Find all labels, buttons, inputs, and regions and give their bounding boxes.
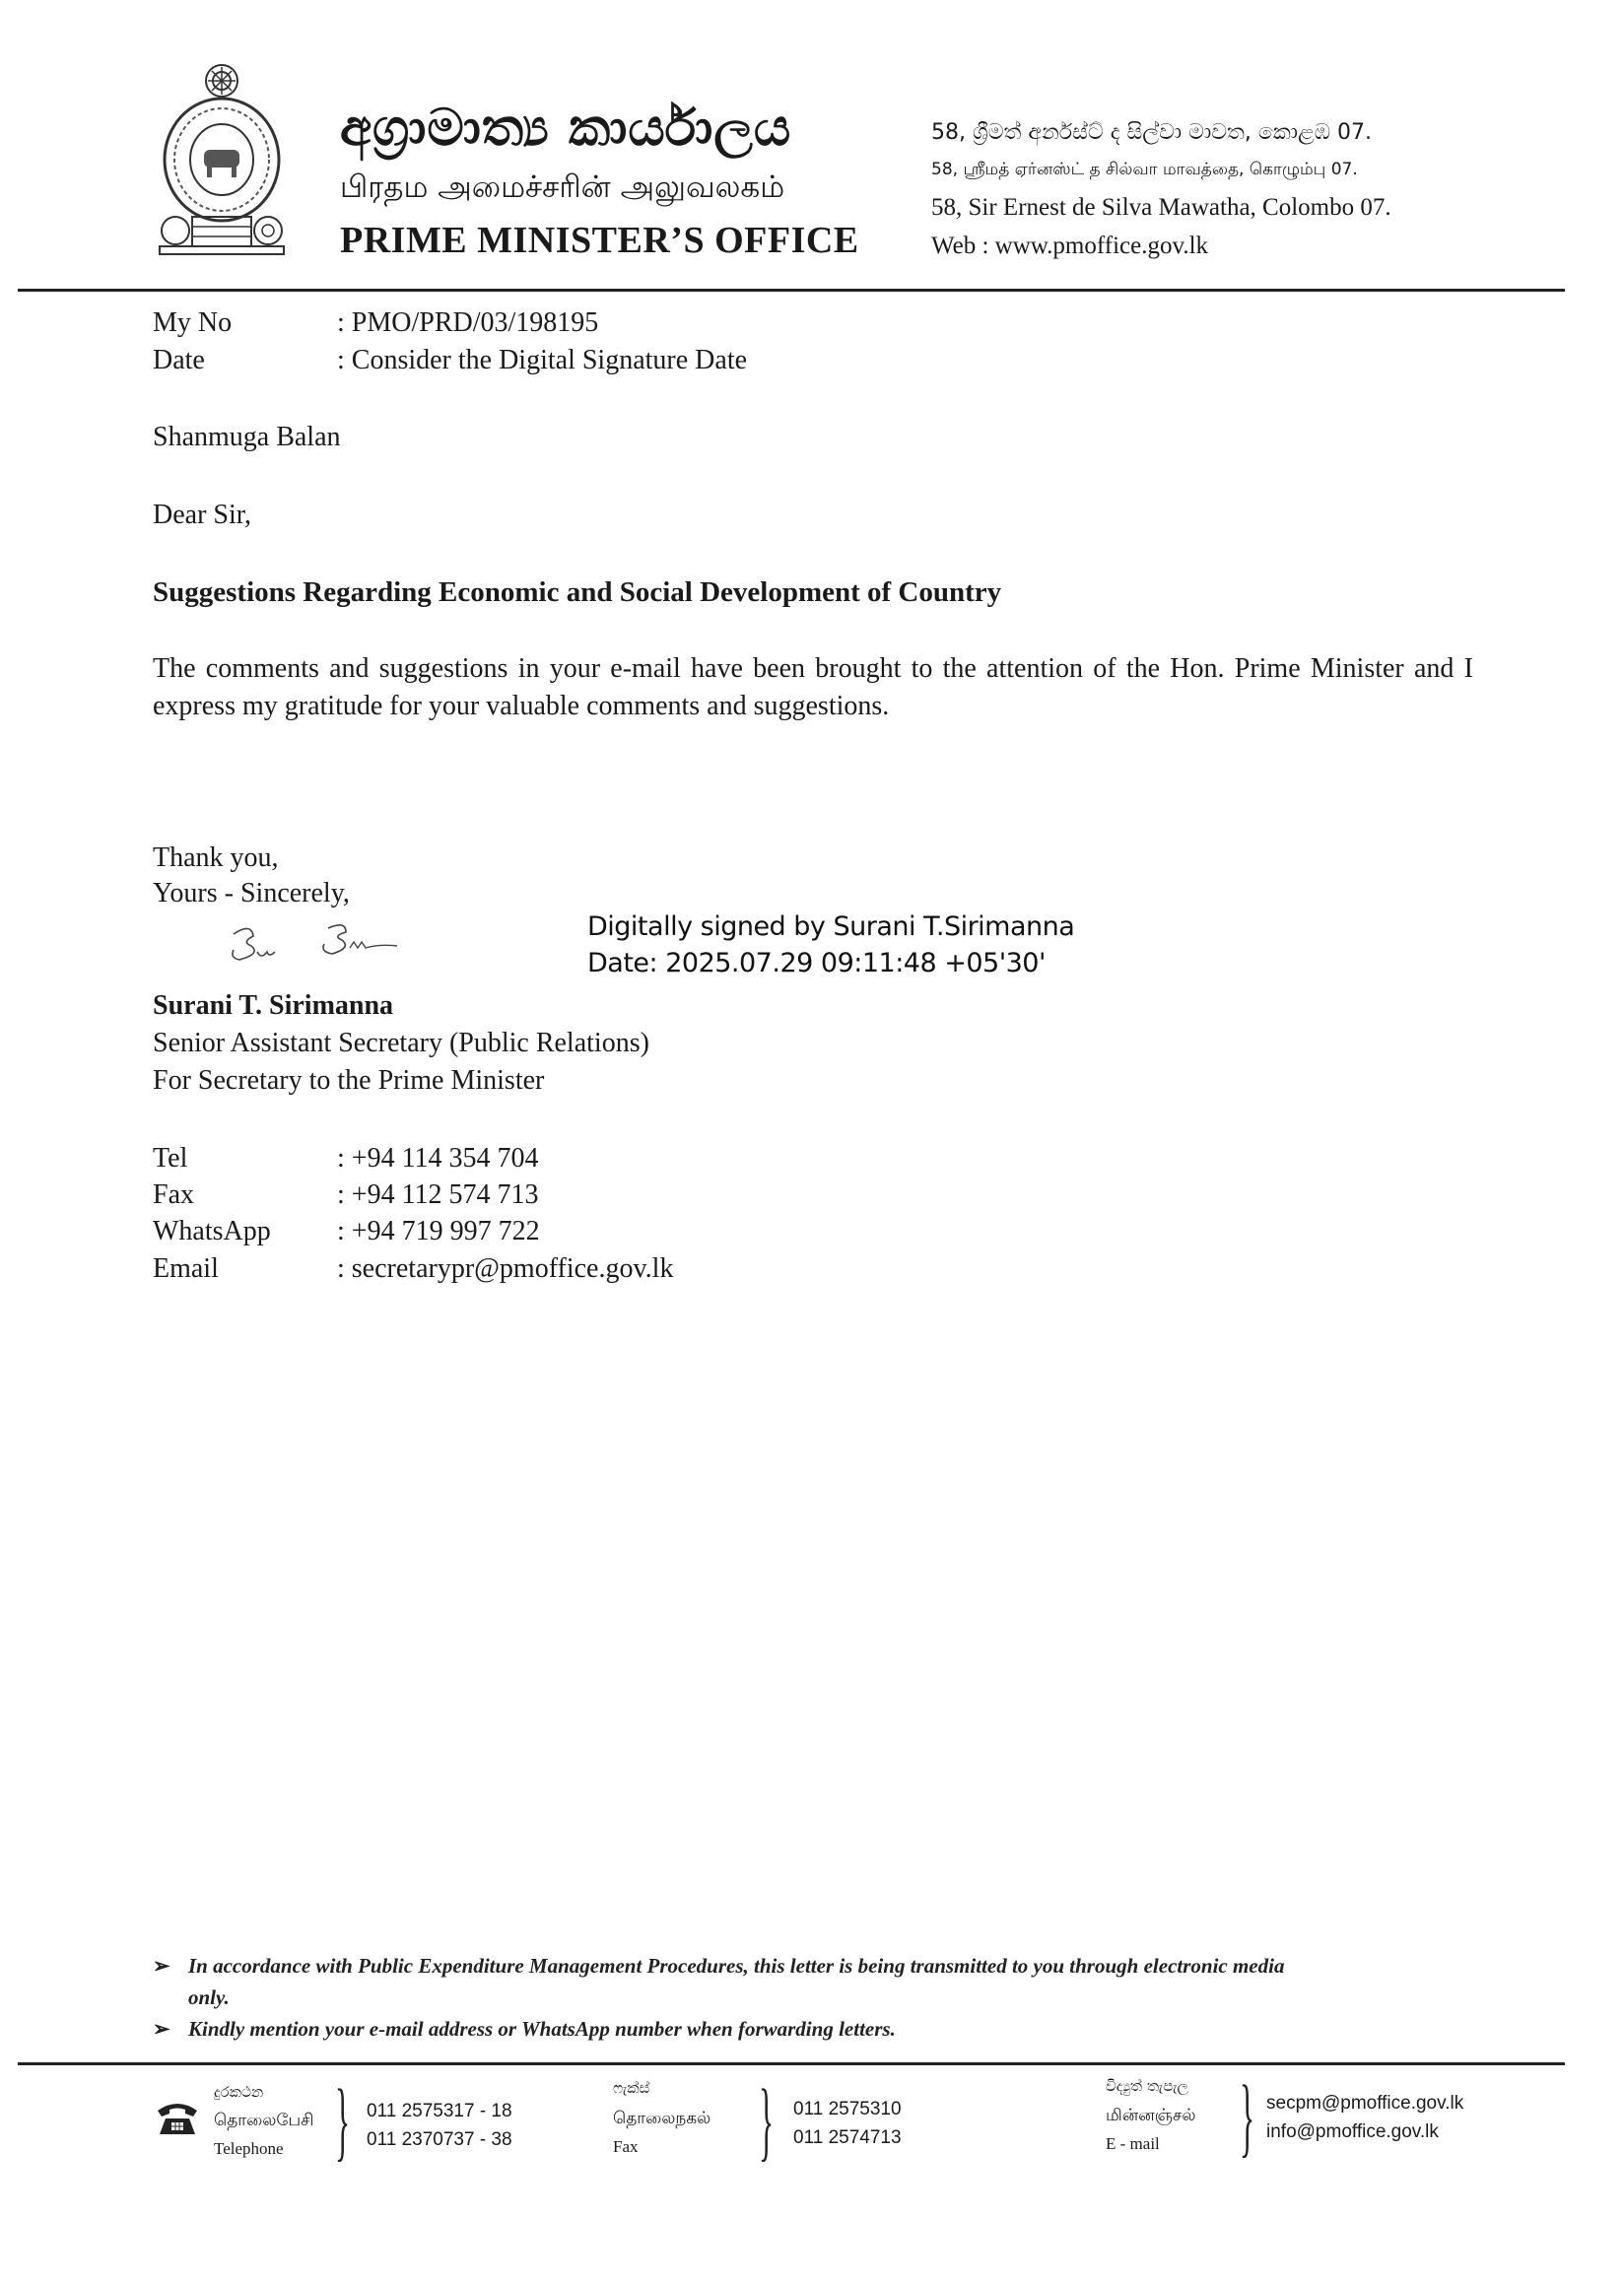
date-value: : Consider the Digital Signature Date [337,345,747,376]
contact-whatsapp-value: : +94 719 997 722 [337,1216,540,1247]
fax-number: 011 2574713 [793,2127,902,2149]
email-label-sinhala: විද්‍යුත් තැපැල [1106,2077,1188,2095]
telephone-label-sinhala: දුරකථන [214,2083,263,2101]
digital-signature-date: Date: 2025.07.29 09:11:48 +05'30' [587,948,1046,978]
handwritten-signature [222,914,419,974]
telephone-icon [156,2101,199,2136]
note-item: ➢In accordance with Public Expenditure M… [153,1954,1284,1979]
signatory-name: Surani T. Sirimanna [153,990,393,1022]
telephone-number: 011 2370737 - 38 [367,2129,512,2151]
email-label-english: E - mail [1106,2134,1160,2154]
contact-whatsapp-label: WhatsApp [153,1216,271,1247]
contact-fax-label: Fax [153,1179,194,1211]
note-text-continued: only. [188,1985,230,2010]
closing-thanks: Thank you, [153,842,279,874]
office-name-sinhala: අග්‍රාමාත්‍ය කාර්යාලය [340,99,791,159]
office-name-tamil: பிரதம அமைச்சரின் அலுவலகம் [340,169,784,209]
date-label: Date [153,345,205,376]
brace-divider: } [335,2077,350,2166]
address-sinhala: 58, ශ්‍රීමත් අර්නස්ට් ද සිල්වා මාවත, කොළ… [931,120,1372,145]
note-item: ➢Kindly mention your e-mail address or W… [153,2017,896,2042]
letter-subject: Suggestions Regarding Economic and Socia… [153,576,1001,609]
telephone-label-tamil: தொலைபேசி [214,2111,313,2132]
state-emblem-icon [158,61,286,258]
email-address-link[interactable]: secpm@pmoffice.gov.lk [1266,2093,1463,2115]
contact-email-label: Email [153,1253,219,1285]
fax-label-sinhala: ෆැක්ස් [613,2079,649,2097]
signatory-for: For Secretary to the Prime Minister [153,1065,544,1097]
fax-number: 011 2575310 [793,2099,902,2120]
brace-divider: } [1240,2073,1254,2162]
header-divider [18,289,1565,292]
fax-label-english: Fax [613,2137,639,2157]
address-english: 58, Sir Ernest de Silva Mawatha, Colombo… [931,194,1391,222]
arrow-bullet-icon: ➢ [153,1954,188,1979]
footer-divider [18,2062,1565,2065]
digital-signature-signer: Digitally signed by Surani T.Sirimanna [587,911,1074,942]
address-tamil: 58, ஸ்ரீமத் ஏர்னஸ்ட் த சில்வா மாவத்தை, க… [931,160,1358,181]
fax-label-tamil: தொலைநகல் [613,2109,710,2130]
brace-divider: } [759,2077,774,2166]
contact-fax-value: : +94 112 574 713 [337,1179,539,1211]
contact-tel-label: Tel [153,1143,187,1175]
contact-email-value[interactable]: : secretarypr@pmoffice.gov.lk [337,1253,673,1285]
arrow-bullet-icon: ➢ [153,2017,188,2042]
signatory-title: Senior Assistant Secretary (Public Relat… [153,1028,649,1059]
telephone-number: 011 2575317 - 18 [367,2101,512,2122]
contact-tel-value: : +94 114 354 704 [337,1143,539,1175]
note-text: In accordance with Public Expenditure Ma… [188,1954,1284,1978]
website-link[interactable]: Web : www.pmoffice.gov.lk [931,233,1208,260]
email-label-tamil: மின்னஞ்சல் [1106,2106,1196,2127]
my-no-value: : PMO/PRD/03/198195 [337,307,598,339]
email-address-link[interactable]: info@pmoffice.gov.lk [1266,2121,1439,2143]
note-text: Kindly mention your e-mail address or Wh… [188,2017,896,2041]
telephone-label-english: Telephone [214,2139,284,2159]
body-paragraph: The comments and suggestions in your e-m… [153,650,1473,725]
salutation: Dear Sir, [153,500,251,531]
my-no-label: My No [153,307,232,339]
closing-sign-off: Yours - Sincerely, [153,878,350,909]
office-name-english: PRIME MINISTER’S OFFICE [340,219,859,262]
recipient-name: Shanmuga Balan [153,422,341,453]
